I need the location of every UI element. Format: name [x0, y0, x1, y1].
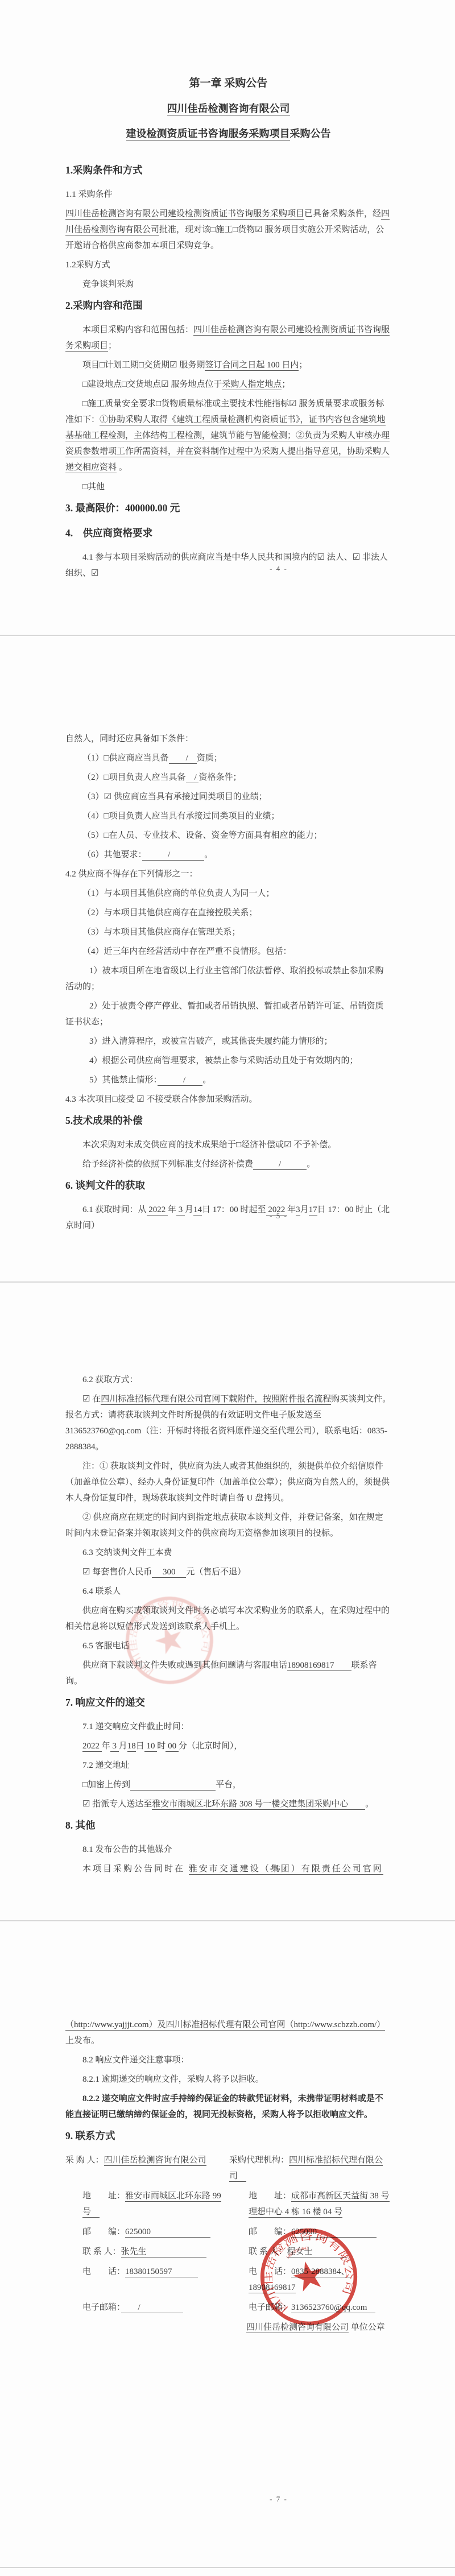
doc-line: 四川佳岳检测咨询有限公司 单位公章	[246, 2319, 391, 2335]
doc-line: 竞争谈判采购	[65, 276, 391, 292]
text-run: （3）与本项目其他供应商存在管理关系；	[82, 928, 241, 937]
underlined-text: 四川佳岳检测咨询有限公司建设检测资质证书咨询服务采购项目	[65, 209, 304, 220]
text-run: 2.采购内容和范围	[65, 300, 143, 311]
text-run: 5）其他禁止情形：	[89, 1076, 158, 1085]
text-run: 电子邮箱：	[249, 2303, 291, 2312]
text-run: （2）与本项目其他供应商存在直接控股关系；	[82, 908, 258, 917]
underlined-text	[130, 1780, 216, 1791]
doc-line: 1.采购条件和方式	[65, 162, 391, 179]
text-run: 7.1 递交响应文件截止时间：	[82, 1722, 189, 1731]
doc-line: 7.2 递交地址	[65, 1758, 391, 1773]
text-run: 1）被本项目所在地省级以上行业主管部门依法暂停、取消投标或禁止参加采购活动的；	[65, 966, 384, 991]
doc-line: 4.3 本次项目□接受 ☑ 不接受联合体参加采购活动。	[65, 1091, 391, 1107]
text-run: ；	[282, 380, 290, 389]
doc-line: 6.2 获取方式：	[65, 1372, 391, 1388]
underlined-text: 四川标准招标代理有限公司官网下载附件，按照附件报名流程	[101, 1395, 331, 1405]
text-run: 电 话：	[249, 2267, 291, 2276]
doc-line: （1）与本项目其他供应商的单位负责人为同一人；	[65, 886, 391, 902]
text-run: 1.1 采购条件	[65, 190, 113, 199]
text-run: 4.1 参与本项目采购活动的供应商应当是中华人民共和国境内的☑ 法人、☑ 非法人…	[65, 553, 388, 578]
doc-line: 6.4 联系人	[65, 1583, 391, 1599]
text-run: 分（北京时间），	[179, 1742, 243, 1751]
text-run: （1）□供应商应当具备	[82, 754, 169, 763]
doc-line: 3）进入清算程序，或被宣告破产，或其他丧失履约能力情形的；	[65, 1033, 391, 1049]
doc-line: （3）与本项目其他供应商存在管理关系；	[65, 924, 391, 940]
doc-line: 本次采购对未成交供应商的技术成果给于□经济补偿或☑ 不予补偿。	[65, 1137, 391, 1153]
underlined-text: 625000	[291, 2227, 377, 2238]
doc-line: （2）□项目负责人应当具备 / 资格条件；	[65, 770, 391, 785]
page-7: （http://www.yajjjt.com）及四川标准招标代理有限公司官网（h…	[0, 1921, 455, 2568]
contact-right: 电子邮箱：3136523760@qq.com	[229, 2300, 391, 2315]
doc-line: 自然人，同时还应具备如下条件：	[65, 731, 391, 747]
page-number: - 5 -	[259, 1211, 299, 1221]
text-run: 供应商下载谈判文件失败或遇到其他问题请与客服电话	[82, 1661, 287, 1670]
underlined-text: /	[121, 2303, 183, 2313]
contact-row: 电子邮箱： / 电子邮箱：3136523760@qq.com	[65, 2300, 391, 2315]
underlined-text: 3136523760@qq.com	[291, 2303, 375, 2313]
doc-line: 8.2.1 逾期递交的响应文件，采购人将予以拒收。	[65, 2071, 391, 2087]
underlined-text: 00	[166, 1742, 179, 1752]
text-run: □加密上传到	[82, 1780, 130, 1789]
doc-line: 2）处于被责令停产停业、暂扣或者吊销执照、暂扣或者吊销许可证、吊销资质证书状态；	[65, 998, 391, 1030]
underlined-text: /	[253, 1160, 307, 1170]
text-run: 给予经济补偿的依照下列标准支付经济补偿费	[82, 1160, 253, 1169]
page-4-content: 第一章 采购公告四川佳岳检测咨询有限公司建设检测资质证书咨询服务采购项目采购公告…	[65, 74, 391, 581]
underlined-text: 10	[144, 1742, 158, 1752]
contact-left: 电 话：18380150597	[65, 2264, 229, 2296]
page-number: - 4 -	[259, 564, 299, 573]
text-run: □建设地点□交货地点☑ 服务地点位于	[82, 380, 222, 389]
text-run: 月	[119, 1742, 127, 1751]
doc-line: 4. 供应商资格要求	[65, 524, 391, 541]
text-run: 3. 最高限价：400000.00 元	[65, 502, 180, 514]
underlined-text: /	[169, 754, 197, 764]
text-run: □其他	[82, 482, 105, 491]
doc-line: 第一章 采购公告	[65, 74, 391, 93]
doc-line: （5）□在人员、专业技术、设备、资金等方面具有相应的能力；	[65, 828, 391, 843]
doc-line: 四川佳岳检测咨询有限公司建设检测资质证书咨询服务采购项目已具备采购条件，经四川佳…	[65, 206, 391, 254]
text-run: 年	[102, 1742, 110, 1751]
underlined-text: 18	[127, 1742, 136, 1752]
doc-line: 8.2 响应文件递交注意事项：	[65, 2052, 391, 2068]
page-4: 第一章 采购公告四川佳岳检测咨询有限公司建设检测资质证书咨询服务采购项目采购公告…	[0, 0, 455, 636]
text-run: 邮 编：	[82, 2227, 125, 2236]
text-run: 6.5 客服电话	[82, 1641, 130, 1651]
doc-line: ☑ 在四川标准招标代理有限公司官网下载附件，按照附件报名流程购买谈判文件。报名方…	[65, 1391, 391, 1455]
doc-line: （6）其他要求： / 。	[65, 847, 391, 863]
contact-row: 地 址：雅安市雨城区北环东路 99 号 地 址：成都市高新区天益街 38 号理想…	[65, 2188, 391, 2220]
doc-line: 4.1 参与本项目采购活动的供应商应当是中华人民共和国境内的☑ 法人、☑ 非法人…	[65, 549, 391, 581]
text-run: 。	[365, 1800, 374, 1809]
doc-line: 9. 联系方式	[65, 2127, 391, 2144]
doc-line: 1）被本项目所在地省级以上行业主管部门依法暂停、取消投标或禁止参加采购活动的；	[65, 963, 391, 995]
underlined-text: （http://www.yajjjt.com）及四川标准招标代理有限公司官网（h…	[65, 2020, 385, 2031]
text-run: 资质；	[197, 754, 222, 763]
doc-line: （http://www.yajjjt.com）及四川标准招标代理有限公司官网（h…	[65, 2017, 391, 2049]
text-run: 6.3 交纳谈判文件工本费	[82, 1548, 172, 1557]
doc-line: 6.5 客服电话	[65, 1638, 391, 1654]
contact-left: 地 址：雅安市雨城区北环东路 99 号	[65, 2188, 229, 2220]
doc-line: 7. 响应文件的递交	[65, 1694, 391, 1711]
doc-line: （1）□供应商应当具备 / 资质；	[65, 750, 391, 766]
doc-line: □建设地点□交货地点☑ 服务地点位于采购人指定地点；	[65, 377, 391, 392]
underlined-text: 签订合同之日起 100 日内	[205, 361, 299, 371]
text-run: ☑ 每套售价人民币	[82, 1568, 152, 1577]
underlined-text: 2022	[147, 1205, 168, 1215]
text-run: （5）□在人员、专业技术、设备、资金等方面具有相应的能力；	[82, 831, 322, 840]
underlined-text: 张先生	[121, 2247, 206, 2257]
doc-line: 2022 年 3 月18日 10 时 00 分（北京时间），	[65, 1738, 391, 1754]
text-run: ；	[299, 361, 307, 370]
underlined-text: 18908169817	[287, 1661, 351, 1671]
contact-right: 电 话：0835-2888384、18908169817	[229, 2264, 391, 2296]
contact-right: 邮 编：625000	[229, 2224, 391, 2240]
underlined-text: 17	[309, 1205, 317, 1215]
text-run: 采购代理机构：	[229, 2156, 289, 2165]
text-run: 供应商在购买或领取谈判文件时务必填写本次采购业务的联系人，在采购过程中的相关信息…	[65, 1606, 390, 1631]
doc-line: 6.1 获取时间：从 2022 年 3 月14日 17：00 时起至 2022 …	[65, 1202, 391, 1234]
doc-line: 4）根据公司供应商管理要求，被禁止参与采购活动且处于有效期内的；	[65, 1053, 391, 1069]
doc-line: （4）□项目负责人应当具有承接过同类项目的业绩；	[65, 808, 391, 824]
text-run: 联 系 人：	[82, 2247, 121, 2256]
doc-line: 注：① 获取谈判文件时，供应商为法人或者其他组织的，须提供单位介绍信原件（加盖单…	[65, 1458, 391, 1506]
text-run: 7. 响应文件的递交	[65, 1697, 145, 1708]
text-run: 8.2.1 逾期递交的响应文件，采购人将予以拒收。	[82, 2075, 264, 2084]
page-5-content: 自然人，同时还应具备如下条件：（1）□供应商应当具备 / 资质；（2）□项目负责…	[65, 731, 391, 1234]
text-run: ② 供应商应在规定的时间内到指定地点获取本谈判文件，并登记备案，如在规定时间内未…	[65, 1513, 383, 1538]
underlined-text: 建设检测资质证书咨询服务采购项目	[126, 128, 290, 140]
doc-line: ☑ 每套售价人民币 300 元（售后不退）	[65, 1564, 391, 1580]
text-run: 资格条件；	[198, 773, 241, 782]
text-run: 电子邮箱：	[82, 2303, 121, 2312]
text-run: 6.4 联系人	[82, 1587, 121, 1596]
text-run: 项目□计划工期□交货期☑ 服务期	[82, 361, 205, 370]
doc-line: 4.2 供应商不得存在下列情形之一：	[65, 866, 391, 882]
page-7-content: （http://www.yajjjt.com）及四川标准招标代理有限公司官网（h…	[65, 2017, 391, 2335]
page-6: 6.2 获取方式：☑ 在四川标准招标代理有限公司官网下载附件，按照附件报名流程购…	[0, 1283, 455, 1921]
text-run: 6. 谈判文件的获取	[65, 1180, 145, 1191]
contact-row: 电 话：18380150597 电 话：0835-2888384、1890816…	[65, 2264, 391, 2296]
doc-line: 给予经济补偿的依照下列标准支付经济补偿费 / 。	[65, 1156, 391, 1172]
underlined-text: 雅安市雨城区北环东路 308 号一楼交建集团采购中心	[152, 1800, 365, 1810]
underlined-text: /	[186, 773, 199, 783]
text-run: 8.1 发布公告的其他媒介	[82, 1845, 172, 1854]
doc-line: 8.2.2 递交响应文件时应手持缔约保证金的转款凭证材料，未携带证明材料或是不能…	[65, 2091, 391, 2123]
text-run: 单位公章	[349, 2323, 385, 2332]
underlined-text: 四川佳岳检测咨询有限公司	[104, 2156, 206, 2166]
underlined-text: /	[158, 1076, 202, 1086]
text-run: ；	[108, 341, 117, 350]
contact-left: 电子邮箱： /	[65, 2300, 229, 2315]
text-run: 9. 联系方式	[65, 2130, 115, 2141]
text-run: 5.技术成果的补偿	[65, 1115, 143, 1126]
text-run: 本次采购对未成交供应商的技术成果给于□经济补偿或☑ 不予补偿。	[82, 1140, 336, 1150]
text-run: 4. 供应商资格要求	[65, 527, 152, 539]
doc-line: 项目□计划工期□交货期☑ 服务期签订合同之日起 100 日内；	[65, 357, 391, 373]
doc-line: 供应商下载谈判文件失败或遇到其他问题请与客服电话18908169817 联系咨询…	[65, 1657, 391, 1689]
underlined-text: 14	[193, 1205, 202, 1215]
page-number: - 6 -	[259, 1864, 299, 1873]
doc-line: （4）近三年内在经营活动中存在严重不良情形。包括：	[65, 944, 391, 960]
underlined-text: 四川佳岳检测咨询有限公司	[167, 103, 290, 115]
text-run: 联 系 人：	[249, 2247, 287, 2256]
text-run: 1.2采购方式	[65, 261, 110, 270]
text-run: 7.2 递交地址	[82, 1761, 130, 1770]
page-6-content: 6.2 获取方式：☑ 在四川标准招标代理有限公司官网下载附件，按照附件报名流程购…	[65, 1372, 391, 1877]
text-run: 8.2.2 递交响应文件时应手持缔约保证金的转款凭证材料，未携带证明材料或是不能…	[65, 2094, 383, 2119]
underlined-text: 四川佳岳检测咨询有限公司	[246, 2323, 349, 2333]
doc-line: □加密上传到 平台，	[65, 1777, 391, 1793]
doc-line: （3）☑ 供应商应当具有承接过同类项目的业绩；	[65, 789, 391, 805]
doc-line: 6. 谈判文件的获取	[65, 1177, 391, 1194]
doc-line: □其他	[65, 479, 391, 495]
doc-line: 6.3 交纳谈判文件工本费	[65, 1545, 391, 1561]
contact-right: 采购代理机构：四川标准招标代理有限公司	[229, 2152, 391, 2184]
text-run: 自然人，同时还应具备如下条件：	[65, 734, 193, 743]
text-run: 已具备采购条件，经	[304, 209, 381, 218]
text-run: 3）进入清算程序，或被宣告破产，或其他丧失履约能力情形的；	[89, 1037, 333, 1046]
text-run: 第一章 采购公告	[189, 77, 268, 89]
doc-line: □施工质量安全要求□货物质量标准或主要技术性能指标☑ 服务质量要求或服务标准如下…	[65, 396, 391, 475]
page-5: 自然人，同时还应具备如下条件：（1）□供应商应当具备 / 资质；（2）□项目负责…	[0, 636, 455, 1283]
text-run: 电 话：	[82, 2267, 125, 2276]
text-run: 邮 编：	[249, 2227, 291, 2236]
doc-line: 本项目采购内容和范围包括：四川佳岳检测咨询有限公司建设检测资质证书咨询服务采购项…	[65, 322, 391, 354]
doc-line: 四川佳岳检测咨询有限公司	[65, 99, 391, 118]
text-run: 4）根据公司供应商管理要求，被禁止参与采购活动且处于有效期内的；	[89, 1056, 358, 1065]
underlined-text: 程女士	[287, 2247, 347, 2257]
contact-row: 联 系 人：张先生 联 系 人：程女士	[65, 2244, 391, 2260]
text-run: 日	[136, 1742, 144, 1751]
text-run: 平台，	[216, 1780, 241, 1789]
text-run: 采 购 人：	[65, 2156, 104, 2165]
doc-line: 1.2采购方式	[65, 257, 391, 273]
doc-line: ☑ 指派专人送达至雅安市雨城区北环东路 308 号一楼交建集团采购中心 。	[65, 1796, 391, 1812]
underlined-text: 3	[176, 1205, 185, 1215]
text-run: ☑ 在	[82, 1395, 101, 1404]
underlined-text: ①协助采购人取得《建筑工程质量检测机构资质证书》，证书内容包含建筑地基基础工程检…	[65, 415, 390, 473]
contact-left: 邮 编：625000	[65, 2224, 229, 2240]
text-run: 年	[168, 1205, 176, 1214]
contact-row: 邮 编：625000 邮 编：625000	[65, 2224, 391, 2240]
text-run: 4.2 供应商不得存在下列情形之一：	[65, 870, 198, 879]
text-run: 6.2 获取方式：	[82, 1375, 138, 1384]
doc-line: 3. 最高限价：400000.00 元	[65, 499, 391, 516]
underlined-text: 18380150597	[125, 2267, 198, 2277]
text-run: 8.2 响应文件递交注意事项：	[82, 2056, 189, 2065]
underlined-text: 625000	[125, 2227, 210, 2238]
text-run: （3）☑ 供应商应当具有承接过同类项目的业绩；	[82, 792, 267, 801]
doc-line: 8.1 发布公告的其他媒介	[65, 1842, 391, 1858]
underlined-text: 3	[110, 1742, 119, 1752]
text-run: 。	[117, 463, 127, 472]
text-run: 地 址：	[249, 2192, 291, 2201]
doc-line: 2.采购内容和范围	[65, 297, 391, 314]
text-run: 元（售后不退）	[186, 1568, 246, 1577]
text-run: 。	[202, 1076, 211, 1085]
text-run: 8. 其他	[65, 1820, 96, 1831]
text-run: 本项目采购公告同时在	[82, 1864, 189, 1874]
text-run: （1）与本项目其他供应商的单位负责人为同一人；	[82, 889, 275, 898]
doc-line: 8. 其他	[65, 1817, 391, 1834]
contact-left: 采 购 人：四川佳岳检测咨询有限公司	[65, 2152, 229, 2184]
procurement-announcement-scan: 第一章 采购公告四川佳岳检测咨询有限公司建设检测资质证书咨询服务采购项目采购公告…	[0, 0, 455, 2576]
underlined-text: /	[142, 850, 204, 861]
text-run: （4）□项目负责人应当具有承接过同类项目的业绩；	[82, 812, 280, 821]
underlined-text: 项目	[91, 341, 108, 352]
text-run: 。	[204, 850, 213, 859]
text-run: 地 址：	[82, 2192, 125, 2201]
underlined-text: 采购人指定地点	[222, 380, 282, 390]
text-run: （4）近三年内在经营活动中存在严重不良情形。包括：	[82, 947, 292, 956]
doc-line: 5.技术成果的补偿	[65, 1112, 391, 1129]
text-run: 注：① 获取谈判文件时，供应商为法人或者其他组织的，须提供单位介绍信原件（加盖单…	[65, 1462, 390, 1503]
text-run: 2）处于被责令停产停业、暂扣或者吊销执照、暂扣或者吊销许可证、吊销资质证书状态；	[65, 1002, 384, 1027]
doc-line: 本项目采购公告同时在 雅安市交通建设（集团）有限责任公司官网	[65, 1861, 391, 1877]
doc-line: 7.1 递交响应文件截止时间：	[65, 1719, 391, 1735]
text-run: 月	[300, 1205, 309, 1214]
doc-line: 1.1 采购条件	[65, 187, 391, 202]
underlined-text: 2022	[82, 1742, 102, 1752]
text-run: 上发布。	[65, 2036, 100, 2045]
contact-left: 联 系 人：张先生	[65, 2244, 229, 2260]
page-number: - 7 -	[259, 2495, 299, 2504]
text-run: 采购公告	[290, 128, 331, 139]
text-run: （6）其他要求：	[82, 850, 142, 859]
text-run: 竞争谈判采购	[82, 280, 134, 289]
text-run: 时	[157, 1742, 166, 1751]
text-run: 6.1 获取时间：从	[82, 1205, 147, 1214]
doc-line: 建设检测资质证书咨询服务采购项目采购公告	[65, 124, 391, 143]
doc-line: ② 供应商应在规定的时间内到指定地点获取本谈判文件，并登记备案，如在规定时间内未…	[65, 1510, 391, 1541]
doc-line: （2）与本项目其他供应商存在直接控股关系；	[65, 905, 391, 921]
text-run: （2）□项目负责人应当具备	[82, 773, 186, 782]
contact-right: 地 址：成都市高新区天益街 38 号理想中心 4 栋 16 楼 04 号	[229, 2188, 391, 2220]
doc-line: 供应商在购买或领取谈判文件时务必填写本次采购业务的联系人，在采购过程中的相关信息…	[65, 1603, 391, 1635]
contact-row: 采 购 人：四川佳岳检测咨询有限公司采购代理机构：四川标准招标代理有限公司	[65, 2152, 391, 2184]
text-run: 本项目采购内容和范围包括：	[82, 325, 193, 334]
text-run: 4.3 本次项目□接受 ☑ 不接受联合体参加采购活动。	[65, 1095, 258, 1104]
text-run: 日 17：00 时起至	[202, 1205, 266, 1214]
doc-line: 5）其他禁止情形： / 。	[65, 1072, 391, 1088]
text-run: 1.采购条件和方式	[65, 164, 143, 176]
text-run: 。	[307, 1160, 315, 1169]
contact-right: 联 系 人：程女士	[229, 2244, 391, 2260]
text-run: ☑ 指派专人送达至	[82, 1800, 152, 1809]
text-run: 月	[185, 1205, 193, 1214]
underlined-text: 300	[152, 1568, 186, 1578]
